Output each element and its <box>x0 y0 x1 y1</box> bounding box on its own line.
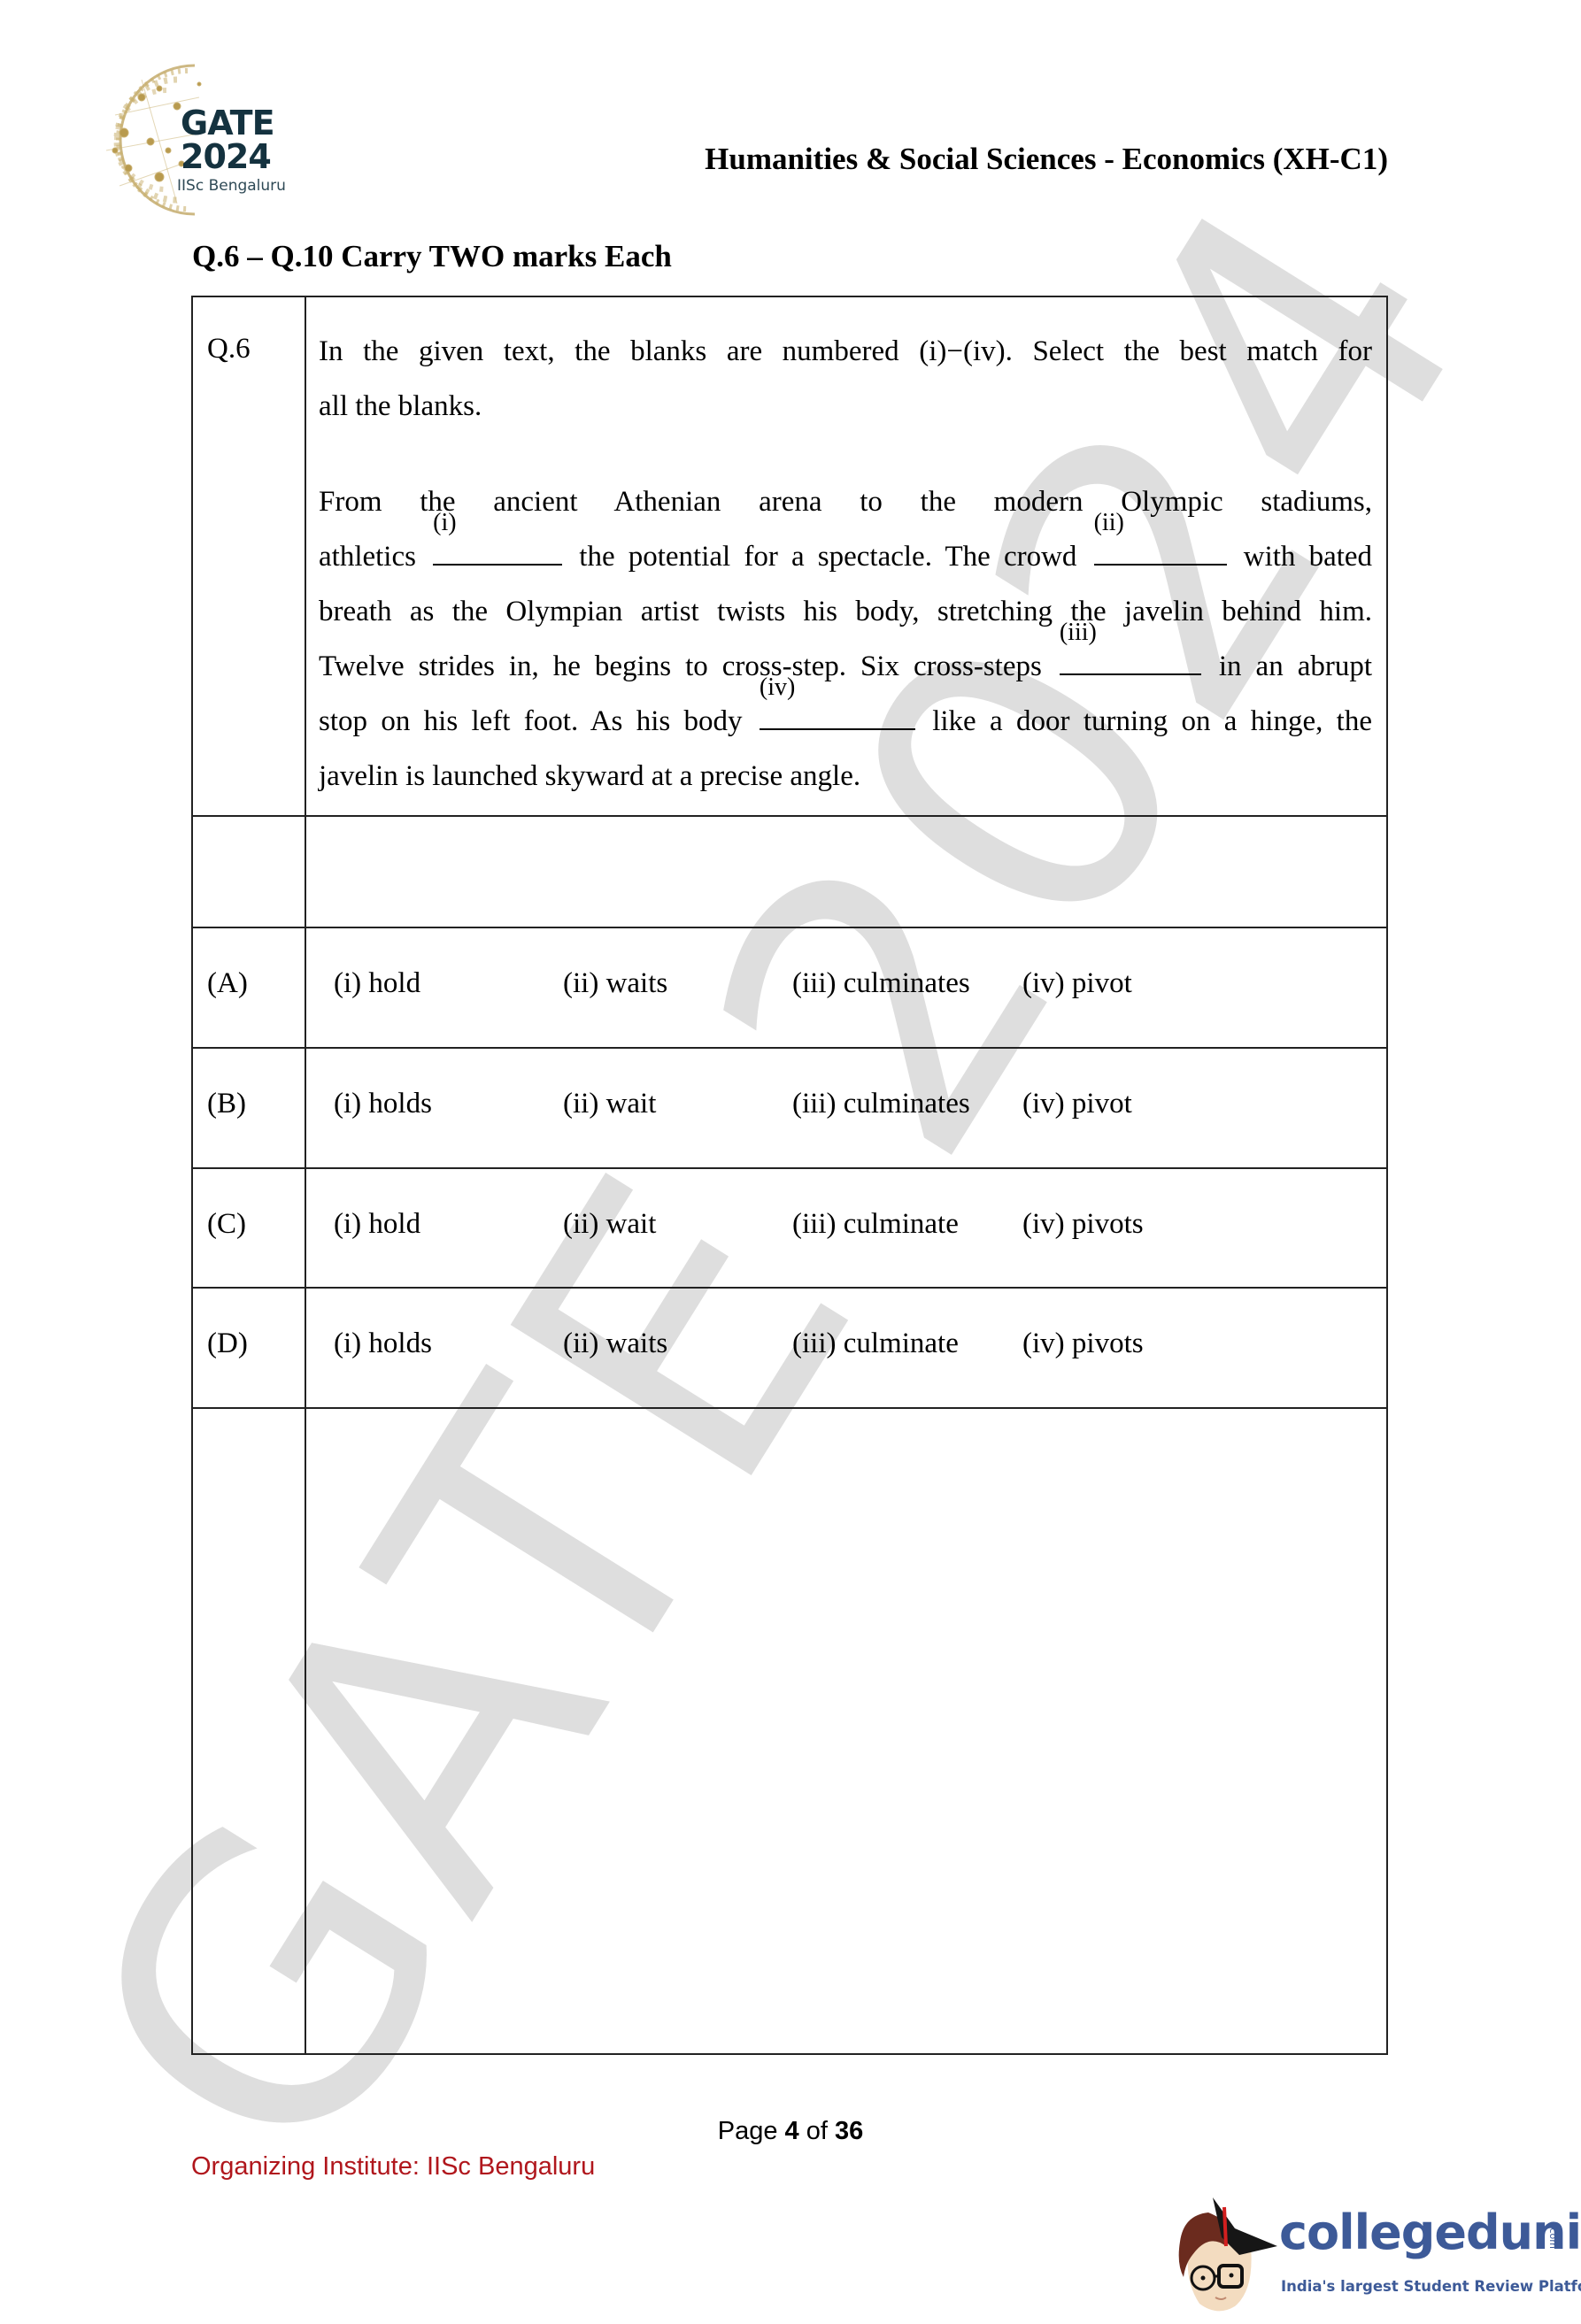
passage-text: like a door turning on a hinge, the <box>932 705 1372 737</box>
passage-text: with bated <box>1244 541 1372 573</box>
blank-label: (ii) <box>1094 511 1227 535</box>
option-choice: (ii) waits <box>563 967 667 1000</box>
question-table: Q.6 In the given text, the blanks are nu… <box>191 296 1388 2055</box>
row-divider <box>193 815 1386 817</box>
option-choice: (iii) culminate <box>792 1208 959 1241</box>
brand-tagline: India's largest Student Review Platform <box>1281 2278 1581 2295</box>
student-mascot-icon <box>1173 2193 1277 2317</box>
page-prefix: Page <box>718 2117 785 2145</box>
question-instructions: In the given text, the blanks are number… <box>319 324 1372 434</box>
column-divider <box>305 297 306 2053</box>
option-choice: (iii) culminates <box>792 1088 970 1120</box>
paper-title: Humanities & Social Sciences - Economics… <box>705 142 1388 177</box>
instruction-line: In the given text, the blanks are number… <box>319 324 1372 379</box>
option-choice: (ii) wait <box>563 1088 656 1120</box>
passage-text: breath as the Olympian artist twists his… <box>319 596 1372 627</box>
option-choice: (ii) wait <box>563 1208 656 1241</box>
option-choice: (i) hold <box>334 1208 420 1241</box>
page-total: 36 <box>835 2117 863 2145</box>
page-of: of <box>799 2117 835 2145</box>
blank-label: (iii) <box>1060 620 1201 645</box>
option-choice: (iv) pivot <box>1022 1088 1132 1120</box>
question-passage: From the ancient Athenian arena to the m… <box>319 474 1372 804</box>
passage-line: stop on his left foot. As his body (iv) … <box>319 694 1372 749</box>
collegedunia-logo: collegedunia .com India's largest Studen… <box>1173 2193 1576 2317</box>
page-number: Page 4 of 36 <box>0 2117 1581 2146</box>
blank-i: (i) <box>433 537 562 566</box>
blank-ii: (ii) <box>1094 537 1227 566</box>
organizing-institute: Organizing Institute: IISc Bengaluru <box>191 2152 595 2182</box>
gate-2024-logo: GATE 2024 IISc Bengaluru <box>89 62 301 218</box>
brand-name: collegedunia <box>1279 2209 1581 2257</box>
option-choice: (iii) culminates <box>792 967 970 1000</box>
brand-suffix: .com <box>1547 2225 1559 2249</box>
passage-text: javelin is launched skyward at a precise… <box>319 760 860 792</box>
passage-text: Twelve strides in, he begins to cross-st… <box>319 650 1042 682</box>
option-a-label[interactable]: (A) <box>207 967 248 1000</box>
row-divider <box>193 1287 1386 1289</box>
option-b-label[interactable]: (B) <box>207 1088 246 1120</box>
page-current: 4 <box>785 2117 799 2145</box>
logo-year-text: 2024 <box>181 140 271 173</box>
instruction-line: all the blanks. <box>319 379 1372 434</box>
passage-line: breath as the Olympian artist twists his… <box>319 584 1372 639</box>
question-number: Q.6 <box>207 333 251 366</box>
blank-iii: (iii) <box>1060 647 1201 675</box>
passage-text: the potential for a spectacle. The crowd <box>579 541 1076 573</box>
blank-label: (iv) <box>760 675 915 700</box>
blank-label: (i) <box>433 511 562 535</box>
logo-subtitle: IISc Bengaluru <box>177 177 286 195</box>
blank-iv: (iv) <box>760 702 915 730</box>
row-divider <box>193 1407 1386 1409</box>
row-divider <box>193 1167 1386 1169</box>
passage-text: in an abrupt <box>1219 650 1372 682</box>
passage-line: javelin is launched skyward at a precise… <box>319 749 1372 804</box>
passage-text: stop on his left foot. As his body <box>319 705 743 737</box>
option-choice: (i) holds <box>334 1088 432 1120</box>
passage-text: athletics <box>319 541 416 573</box>
option-c-label[interactable]: (C) <box>207 1208 246 1241</box>
option-choice: (i) hold <box>334 967 420 1000</box>
logo-gate-text: GATE <box>181 106 274 140</box>
section-heading: Q.6 – Q.10 Carry TWO marks Each <box>192 239 672 274</box>
option-choice: (iv) pivots <box>1022 1327 1144 1360</box>
row-divider <box>193 1047 1386 1049</box>
option-choice: (iii) culminate <box>792 1327 959 1360</box>
option-d-label[interactable]: (D) <box>207 1327 248 1360</box>
option-choice: (ii) waits <box>563 1327 667 1360</box>
row-divider <box>193 927 1386 928</box>
option-choice: (iv) pivots <box>1022 1208 1144 1241</box>
option-choice: (i) holds <box>334 1327 432 1360</box>
option-choice: (iv) pivot <box>1022 967 1132 1000</box>
passage-line: athletics (i) the potential for a specta… <box>319 529 1372 584</box>
